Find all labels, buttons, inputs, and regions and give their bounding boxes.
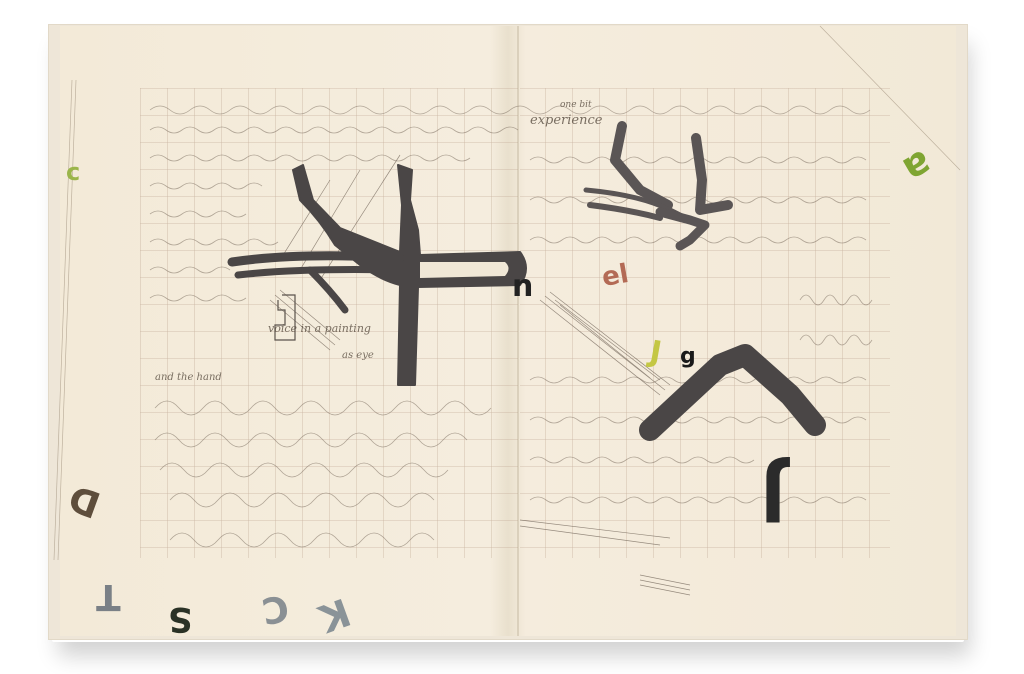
handwriting-fragment: and the hand	[155, 372, 222, 383]
letter-el-red: el	[600, 261, 631, 291]
handwriting-fragment: as eye	[342, 350, 374, 361]
letter-g: g	[680, 346, 696, 368]
letter-j-large: J	[760, 460, 786, 530]
handwriting-fragment: experience	[530, 113, 602, 128]
letter-t: T	[96, 578, 121, 614]
handwriting-fragment: voice in a painting	[268, 322, 371, 335]
drawing-layer	[0, 0, 1024, 674]
handwriting-fragment: one bit	[560, 100, 592, 110]
letter-c-green: c	[66, 160, 80, 184]
letter-n: n	[512, 272, 533, 302]
letter-s: S	[168, 602, 193, 636]
